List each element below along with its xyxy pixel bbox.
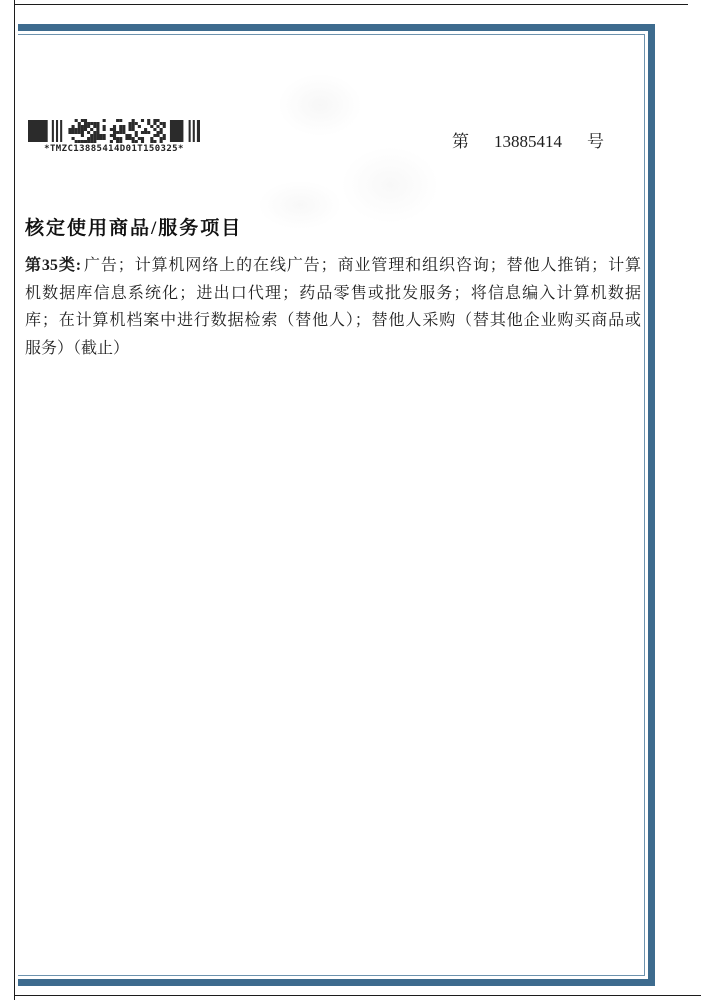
paragraph-line-text: 广告；计算机网络上的在线广告；商业管理和组织咨询；替他人推销；计算 [83, 257, 641, 274]
section-heading: 核定使用商品/服务项目 [25, 213, 242, 240]
scan-edge-top [14, 4, 688, 5]
paragraph-line: 机数据库信息系统化；进出口代理；药品零售或批发服务；将信息编入计算机数据 [25, 280, 641, 308]
certificate-number-suffix: 号 [587, 127, 604, 152]
paragraph-line: 库；在计算机档案中进行数据检索（替他人）；替他人采购（替其他企业购买商品或 [25, 307, 641, 335]
certificate-number-value: 13885414 [494, 132, 562, 152]
scan-artifact [230, 40, 460, 240]
paragraph-line: 服务）（截止） [25, 335, 641, 363]
class-label: 第35类: [25, 257, 83, 274]
certificate-number: 第 13885414 号 [452, 127, 604, 152]
certificate-number-prefix: 第 [452, 127, 469, 152]
scan-edge-left [14, 0, 15, 1000]
barcode: *TMZC13885414D01T150325* [28, 119, 200, 154]
certificate-page: *TMZC13885414D01T150325* 第 13885414 号 核定… [0, 0, 701, 1000]
goods-services-paragraph: 第35类:广告；计算机网络上的在线广告；商业管理和组织咨询；替他人推销；计算 机… [25, 252, 641, 362]
barcode-label: *TMZC13885414D01T150325* [28, 144, 200, 154]
paragraph-line: 第35类:广告；计算机网络上的在线广告；商业管理和组织咨询；替他人推销；计算 [25, 252, 641, 280]
barcode-icon [28, 119, 200, 143]
scan-edge-bottom [14, 995, 701, 996]
